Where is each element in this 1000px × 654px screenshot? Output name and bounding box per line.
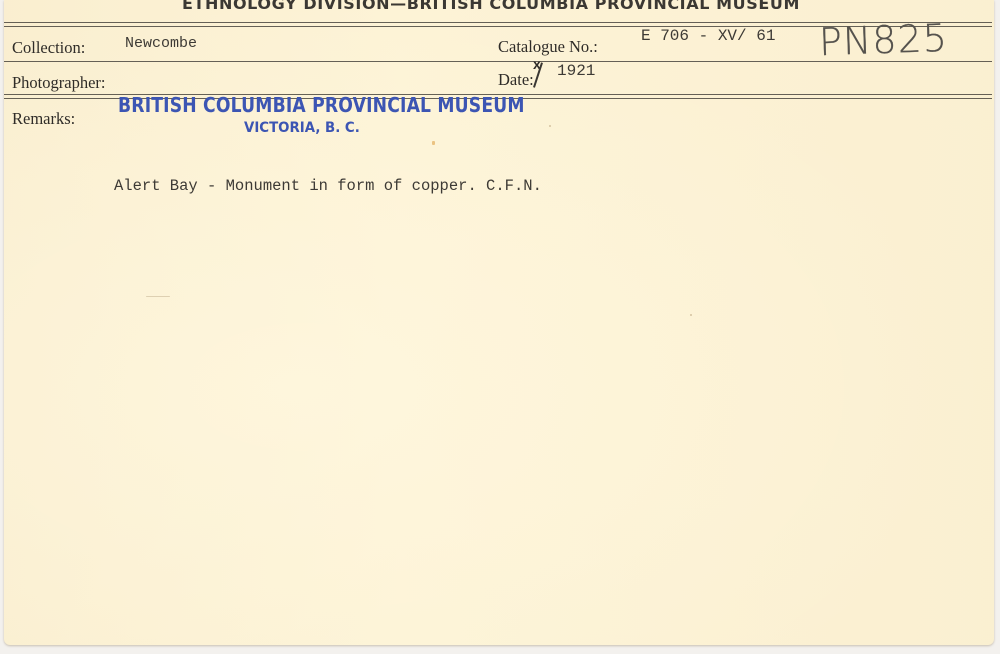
collection-value: Newcombe <box>125 35 197 52</box>
card-header: ETHNOLOGY DIVISION—BRITISH COLUMBIA PROV… <box>0 0 986 13</box>
handwritten-reference: PN825 <box>818 16 948 64</box>
catalogue-label: Catalogue No.: <box>498 37 598 57</box>
date-value: 1921 <box>557 62 595 80</box>
museum-stamp-line2: VICTORIA, B. C. <box>244 120 360 136</box>
rule-collection <box>4 61 992 62</box>
collection-label: Collection: <box>12 38 85 58</box>
date-label: Date: <box>498 70 534 90</box>
remarks-label: Remarks: <box>12 109 75 129</box>
catalogue-card: ETHNOLOGY DIVISION—BRITISH COLUMBIA PROV… <box>4 0 994 645</box>
remarks-text: Alert Bay - Monument in form of copper. … <box>114 177 542 195</box>
photographer-label: Photographer: <box>12 73 105 93</box>
paper-mark <box>146 296 170 297</box>
museum-stamp-line1: BRITISH COLUMBIA PROVINCIAL MUSEUM <box>118 93 525 117</box>
paper-speck <box>690 314 692 316</box>
paper-speck <box>432 141 435 145</box>
catalogue-value: E 706 - XV/ 61 <box>641 27 775 45</box>
paper-speck <box>549 125 551 127</box>
